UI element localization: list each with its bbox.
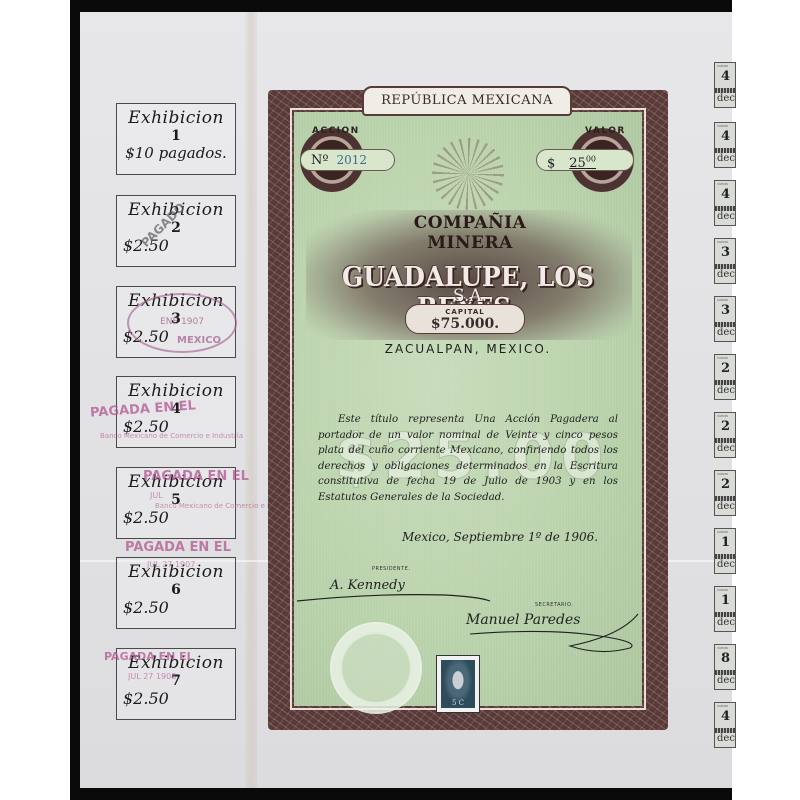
coupon-number: 3 xyxy=(721,303,730,318)
coupon-suffix: dec xyxy=(717,559,735,570)
coupon-number: 8 xyxy=(721,651,730,666)
installment-box-7: Exhibicion 7 $2.50 xyxy=(116,648,236,720)
installment-label: Exhibicion xyxy=(117,108,235,128)
coupon-number: 4 xyxy=(721,187,730,202)
value-cents: 00 xyxy=(586,155,596,164)
fold-line xyxy=(245,12,257,788)
coupon-suffix: dec xyxy=(717,153,735,164)
coupon: CUPON1dec xyxy=(714,586,736,632)
certificate-body-text: Este título representa Una Acción Pagade… xyxy=(318,412,618,506)
coupon: CUPON4dec xyxy=(714,62,736,108)
installment-label: Exhibicion xyxy=(117,653,235,673)
installment-number: 5 xyxy=(117,492,235,508)
installment-number: 4 xyxy=(117,401,235,417)
coupon-header: CUPON xyxy=(717,64,728,68)
installment-box-3: Exhibicion 3 $2.50 ENE 1907 MEXICO xyxy=(116,286,236,358)
installment-label: Exhibicion xyxy=(117,472,235,492)
company-name-line1: COMPAÑIA MINERA xyxy=(370,213,570,253)
coupon: CUPON1dec xyxy=(714,528,736,574)
star-burst-icon xyxy=(432,138,504,210)
coupon-suffix: dec xyxy=(717,385,735,396)
coupon: CUPON8dec xyxy=(714,644,736,690)
share-number-cartouche: Nº2012 xyxy=(300,149,395,171)
coupon-header: CUPON xyxy=(717,414,728,418)
coupon: CUPON2dec xyxy=(714,354,736,400)
header-ribbon: REPÚBLICA MEXICANA xyxy=(362,86,572,116)
installment-amount: $2.50 xyxy=(117,689,235,708)
installment-box-6: Exhibicion 6 $2.50 JUL 27 1907 xyxy=(116,557,236,629)
installment-box-1: Exhibicion 1 $10 pagados. xyxy=(116,103,236,175)
installment-box-2: Exhibicion 2 $2.50 PAGADO xyxy=(116,195,236,267)
coupon: CUPON3dec xyxy=(714,296,736,342)
value-amount-number: 25 xyxy=(569,156,586,171)
embossed-seal: COMPAÑIA MINERA GUADALUPE LOS REYES xyxy=(330,622,422,714)
coupon: CUPON4dec xyxy=(714,122,736,168)
coupon-number: 2 xyxy=(721,419,730,434)
coupon-header: CUPON xyxy=(717,472,728,476)
date-stamp-text: ENE 1907 xyxy=(160,317,204,327)
date-stamp: ENE 1907 xyxy=(127,293,237,353)
value-amount: 2500 xyxy=(569,156,596,171)
value-currency: $ xyxy=(547,156,555,171)
coupon-number: 1 xyxy=(721,535,730,550)
company-location: ZACUALPAN, MEXICO. xyxy=(330,342,606,356)
capital-scroll: CAPITAL $75.000. xyxy=(405,304,525,334)
value-label: VALOR xyxy=(585,126,626,136)
coupon-header: CUPON xyxy=(717,588,728,592)
president-flourish xyxy=(295,585,495,605)
coupon-header: CUPON xyxy=(717,646,728,650)
coupon-header: CUPON xyxy=(717,240,728,244)
coupon-header: CUPON xyxy=(717,298,728,302)
company-suffix: S.A. xyxy=(420,286,520,306)
coupon: CUPON4dec xyxy=(714,702,736,748)
installment-label: Exhibicion xyxy=(117,562,235,582)
coupon-header: CUPON xyxy=(717,124,728,128)
coupon-suffix: dec xyxy=(717,733,735,744)
installment-box-4: Exhibicion 4 $2.50 xyxy=(116,376,236,448)
coupon-header: CUPON xyxy=(717,704,728,708)
coupon: CUPON2dec xyxy=(714,412,736,458)
coupon-suffix: dec xyxy=(717,501,735,512)
value-cartouche: $2500 xyxy=(536,149,634,171)
share-label: ACCION xyxy=(312,126,360,136)
coupon-suffix: dec xyxy=(717,211,735,222)
coupon-suffix: dec xyxy=(717,617,735,628)
installment-label: Exhibicion xyxy=(117,381,235,401)
installment-amount: $2.50 xyxy=(117,508,235,527)
coupon: CUPON2dec xyxy=(714,470,736,516)
coupon-number: 2 xyxy=(721,477,730,492)
coupon-header: CUPON xyxy=(717,530,728,534)
coupon-suffix: dec xyxy=(717,327,735,338)
coupon-suffix: dec xyxy=(717,443,735,454)
installment-amount: $2.50 xyxy=(117,598,235,617)
president-label: PRESIDENTE. xyxy=(372,566,410,572)
revenue-stamp-denomination: 5 C xyxy=(441,699,475,707)
share-number-prefix: Nº xyxy=(311,153,329,168)
coupon-number: 2 xyxy=(721,361,730,376)
installment-number: 2 xyxy=(117,220,235,236)
installment-amount: $2.50 xyxy=(117,417,235,436)
coupon-number: 4 xyxy=(721,69,730,84)
coupon: CUPON4dec xyxy=(714,180,736,226)
revenue-stamp-portrait: 5 C xyxy=(441,660,475,708)
revenue-stamp: 5 C xyxy=(436,655,480,713)
coupon-number: 4 xyxy=(721,709,730,724)
issue-date: Mexico, Septiembre 1º de 1906. xyxy=(380,530,620,544)
installment-amount: $2.50 xyxy=(117,236,235,255)
share-number: 2012 xyxy=(337,153,368,167)
capital-value: $75.000. xyxy=(406,317,524,332)
coupon-suffix: dec xyxy=(717,269,735,280)
coupon-number: 3 xyxy=(721,245,730,260)
secretary-flourish xyxy=(460,606,650,656)
installment-box-5: Exhibicion 5 $2.50 xyxy=(116,467,236,539)
installment-number: 1 xyxy=(117,128,235,144)
installment-number: 6 xyxy=(117,582,235,598)
coupon-suffix: dec xyxy=(717,675,735,686)
coupon-header: CUPON xyxy=(717,356,728,360)
coupon-number: 1 xyxy=(721,593,730,608)
coupon-header: CUPON xyxy=(717,182,728,186)
installment-label: Exhibicion xyxy=(117,200,235,220)
installment-amount: $10 pagados. xyxy=(117,144,235,162)
coupon: CUPON3dec xyxy=(714,238,736,284)
coupon-number: 4 xyxy=(721,129,730,144)
coupon-suffix: dec xyxy=(717,93,735,104)
installment-number: 7 xyxy=(117,673,235,689)
